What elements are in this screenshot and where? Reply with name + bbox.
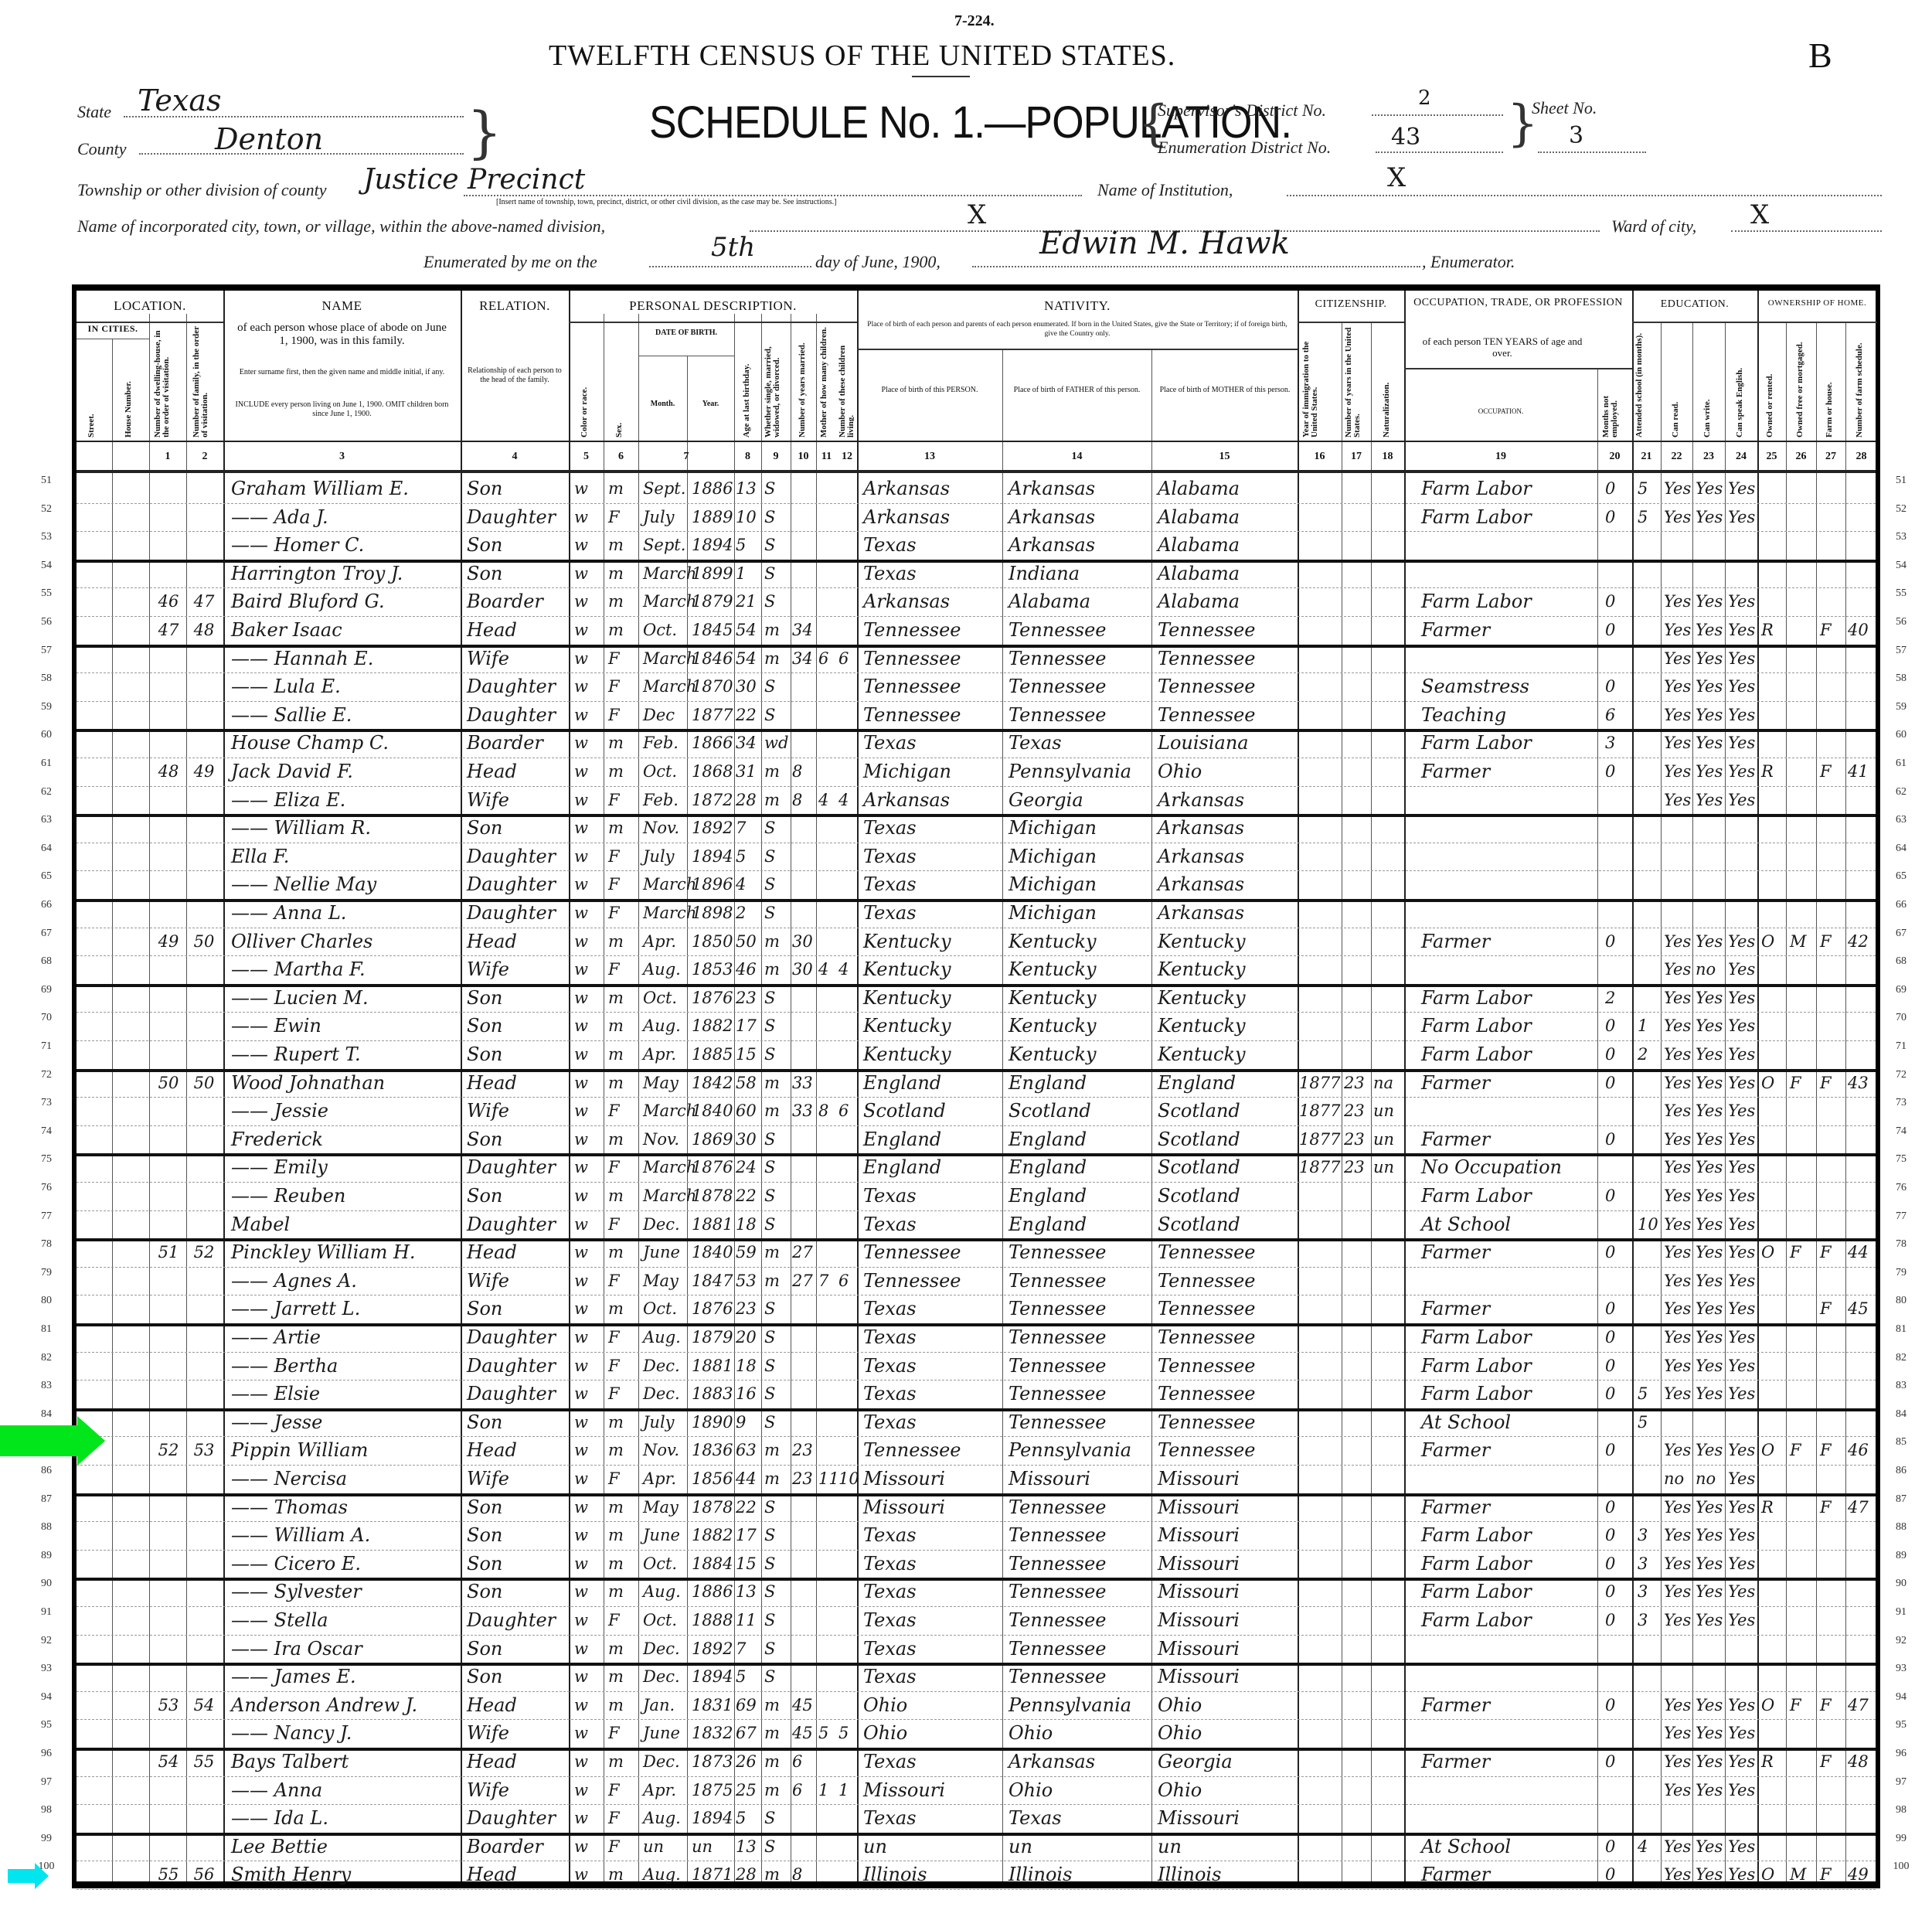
birthplace-person: Tennessee bbox=[863, 619, 961, 641]
enumerated-prefix: Enumerated by me on the bbox=[423, 252, 597, 272]
mother-of-children: 5 bbox=[818, 1722, 828, 1744]
enumeration-value: 43 bbox=[1391, 124, 1420, 151]
birth-year: 1882 bbox=[692, 1015, 733, 1037]
color-race: w bbox=[574, 1156, 588, 1178]
line-number: 86 bbox=[1886, 1465, 1917, 1477]
years-in-us: 23 bbox=[1344, 1156, 1365, 1178]
dwelling-number: 52 bbox=[157, 1439, 180, 1461]
city-label: Name of incorporated city, town, or vill… bbox=[77, 216, 605, 237]
ward-field-line bbox=[1731, 230, 1882, 232]
color-race: w bbox=[574, 1666, 588, 1687]
column-number: 11 bbox=[816, 451, 837, 463]
line-number: 97 bbox=[1886, 1776, 1917, 1789]
can-write: Yes bbox=[1696, 1015, 1723, 1037]
birth-year: 1890 bbox=[692, 1411, 733, 1433]
birth-month: Dec. bbox=[643, 1751, 680, 1772]
color-race: w bbox=[574, 1355, 588, 1377]
color-race: w bbox=[574, 506, 588, 528]
relation: Son bbox=[467, 1496, 502, 1518]
marital-status: S bbox=[764, 1383, 775, 1404]
birth-year: un bbox=[692, 1836, 713, 1857]
can-speak-english: Yes bbox=[1728, 1581, 1755, 1602]
person-name: Harrington Troy J. bbox=[231, 563, 403, 584]
supervisor-line bbox=[1372, 114, 1503, 116]
can-speak-english: Yes bbox=[1728, 1609, 1755, 1631]
birth-month: May bbox=[643, 1496, 679, 1518]
table-row: 4748Baker IsaacHeadwmOct.184554m34Tennes… bbox=[77, 616, 1876, 645]
can-read: Yes bbox=[1664, 1383, 1691, 1404]
can-read: Yes bbox=[1664, 958, 1691, 980]
birthplace-mother: Scotland bbox=[1158, 1156, 1240, 1178]
table-row: 4849Jack David F.HeadwmOct.186831m8Michi… bbox=[77, 758, 1876, 786]
color-race: w bbox=[574, 591, 588, 612]
immigration-year: 1877 bbox=[1299, 1156, 1340, 1178]
birthplace-person: Texas bbox=[863, 732, 917, 754]
relation: Son bbox=[467, 1298, 502, 1319]
line-number: 87 bbox=[1886, 1493, 1917, 1506]
months-unemployed: 0 bbox=[1605, 1524, 1615, 1546]
table-row: —— StellaDaughterwFOct.188811STexasTenne… bbox=[77, 1606, 1876, 1635]
relation: Daughter bbox=[467, 704, 556, 726]
person-name: —— William R. bbox=[231, 817, 371, 839]
can-write: Yes bbox=[1696, 1298, 1723, 1319]
farm-schedule-number: 47 bbox=[1848, 1694, 1869, 1716]
relation: Wife bbox=[467, 789, 509, 811]
farm-or-house: F bbox=[1820, 1072, 1832, 1094]
enumerator-label: , Enumerator. bbox=[1422, 252, 1515, 272]
can-write: Yes bbox=[1696, 1100, 1723, 1122]
table-row: —— AnnaWifewFApr.187525m611MissouriOhioO… bbox=[77, 1776, 1876, 1805]
birthplace-father: Scotland bbox=[1009, 1100, 1091, 1122]
can-write: Yes bbox=[1696, 761, 1723, 782]
can-read: Yes bbox=[1664, 1044, 1691, 1065]
birthplace-mother: Missouri bbox=[1158, 1609, 1240, 1631]
can-speak-english: Yes bbox=[1728, 1779, 1755, 1801]
can-speak-english: Yes bbox=[1728, 1439, 1755, 1461]
birth-month: Dec. bbox=[643, 1383, 680, 1404]
line-number: 82 bbox=[31, 1352, 62, 1364]
can-read: Yes bbox=[1664, 1185, 1691, 1207]
age: 63 bbox=[736, 1439, 757, 1461]
sex: F bbox=[608, 1383, 620, 1404]
birthplace-person: Kentucky bbox=[863, 1015, 951, 1037]
age: 15 bbox=[736, 1553, 757, 1575]
column-number: 20 bbox=[1597, 451, 1632, 463]
occupation: Farm Labor bbox=[1421, 1015, 1532, 1037]
personal-description-header: PERSONAL DESCRIPTION. bbox=[569, 298, 857, 314]
table-row: —— BerthaDaughterwFDec.188118STexasTenne… bbox=[77, 1352, 1876, 1381]
months-unemployed: 0 bbox=[1605, 1129, 1615, 1150]
family-number: 50 bbox=[192, 1072, 216, 1094]
person-name: Pippin William bbox=[231, 1439, 368, 1461]
line-number: 60 bbox=[1886, 729, 1917, 741]
birth-year: 1836 bbox=[692, 1439, 733, 1461]
marital-status: m bbox=[764, 761, 780, 782]
column-number: 3 bbox=[223, 451, 461, 463]
table-row: —— Rupert T.SonwmApr.188515SKentuckyKent… bbox=[77, 1040, 1876, 1069]
birthplace-person: England bbox=[863, 1156, 941, 1178]
can-speak-english: Yes bbox=[1728, 478, 1755, 499]
birthplace-father: Texas bbox=[1009, 1807, 1062, 1829]
relation: Daughter bbox=[467, 902, 556, 924]
birth-year: 1846 bbox=[692, 648, 733, 669]
name-header: NAME bbox=[223, 298, 461, 314]
color-race: w bbox=[574, 1581, 588, 1602]
marital-status: S bbox=[764, 1496, 775, 1518]
can-speak-english: Yes bbox=[1728, 1129, 1755, 1150]
marital-status: S bbox=[764, 534, 775, 556]
color-race: w bbox=[574, 1326, 588, 1348]
birthplace-father: Michigan bbox=[1009, 873, 1097, 895]
birthplace-mother: Scotland bbox=[1158, 1100, 1240, 1122]
sex: F bbox=[608, 1214, 620, 1235]
birth-month: March bbox=[643, 873, 696, 895]
age: 22 bbox=[736, 704, 757, 726]
sex: m bbox=[608, 1411, 624, 1433]
farm-schedule-number: 40 bbox=[1848, 619, 1869, 641]
relation: Head bbox=[467, 1241, 517, 1263]
occupation: Farm Labor bbox=[1421, 1524, 1532, 1546]
marital-status-header: Whether single, married, widowed, or div… bbox=[764, 322, 787, 437]
line-number: 66 bbox=[31, 899, 62, 911]
sex: m bbox=[608, 619, 624, 641]
occupation: Farm Labor bbox=[1421, 1326, 1532, 1348]
line-number: 70 bbox=[31, 1012, 62, 1024]
sex: m bbox=[608, 1553, 624, 1575]
line-number: 87 bbox=[31, 1493, 62, 1506]
birth-year: 1878 bbox=[692, 1496, 733, 1518]
can-write: Yes bbox=[1696, 1694, 1723, 1716]
years-married: 8 bbox=[792, 1864, 802, 1885]
population-schedule-table: LOCATION. IN CITIES. NAME of each person… bbox=[72, 284, 1880, 1888]
sex: m bbox=[608, 1496, 624, 1518]
can-write: Yes bbox=[1696, 1383, 1723, 1404]
column-number: 25 bbox=[1757, 451, 1786, 463]
birth-month: March bbox=[643, 563, 696, 584]
color-race: w bbox=[574, 1779, 588, 1801]
table-row: 5050Wood JohnathanHeadwmMay184258m33Engl… bbox=[77, 1069, 1876, 1098]
birthplace-father: Arkansas bbox=[1009, 478, 1095, 499]
line-number: 82 bbox=[1886, 1352, 1917, 1364]
years-married: 23 bbox=[792, 1439, 813, 1461]
column-number: 12 bbox=[837, 451, 857, 463]
person-name: —— Nancy J. bbox=[231, 1722, 352, 1744]
occupation: Farmer bbox=[1421, 1072, 1490, 1094]
birth-month: Feb. bbox=[643, 789, 679, 811]
sex: F bbox=[608, 704, 620, 726]
institution-field-line bbox=[1287, 195, 1882, 196]
can-speak-english: Yes bbox=[1728, 789, 1755, 811]
months-unemployed: 0 bbox=[1605, 1864, 1615, 1885]
table-row: —— James E.SonwmDec.18945STexasTennessee… bbox=[77, 1663, 1876, 1691]
can-speak-english: Yes bbox=[1728, 1694, 1755, 1716]
enumerator-line bbox=[972, 266, 1420, 267]
month-header: Month. bbox=[638, 399, 687, 409]
relation: Son bbox=[467, 1638, 502, 1660]
birthplace-father: un bbox=[1009, 1836, 1032, 1857]
dwelling-number: 49 bbox=[157, 931, 180, 952]
birthplace-mother: Missouri bbox=[1158, 1524, 1240, 1546]
can-read: Yes bbox=[1664, 931, 1691, 952]
color-race: w bbox=[574, 1411, 588, 1433]
line-number: 72 bbox=[31, 1069, 62, 1081]
line-number: 76 bbox=[31, 1182, 62, 1194]
line-number: 72 bbox=[1886, 1069, 1917, 1081]
months-unemployed: 0 bbox=[1605, 761, 1615, 782]
sex: m bbox=[608, 761, 624, 782]
age: 21 bbox=[736, 591, 757, 612]
person-name: —— Nellie May bbox=[231, 873, 376, 895]
school-months: 5 bbox=[1638, 478, 1648, 499]
marital-status: m bbox=[764, 1270, 780, 1292]
line-number: 52 bbox=[31, 503, 62, 516]
table-row: Harrington Troy J.SonwmMarch18991STexasI… bbox=[77, 560, 1876, 588]
column-number: 23 bbox=[1692, 451, 1725, 463]
farm-schedule-header: Number of farm schedule. bbox=[1855, 325, 1864, 437]
can-speak-english: Yes bbox=[1728, 1553, 1755, 1575]
line-number: 75 bbox=[1886, 1153, 1917, 1166]
marital-status: S bbox=[764, 1298, 775, 1319]
person-name: —— Stella bbox=[231, 1609, 328, 1631]
sex: F bbox=[608, 958, 620, 980]
birthplace-person: Tennessee bbox=[863, 1241, 961, 1263]
occupation: Farmer bbox=[1421, 761, 1490, 782]
birth-month: Nov. bbox=[643, 817, 679, 839]
sex: m bbox=[608, 1241, 624, 1263]
occupation: No Occupation bbox=[1421, 1156, 1562, 1178]
line-number: 61 bbox=[31, 758, 62, 770]
age: 53 bbox=[736, 1270, 757, 1292]
school-months: 3 bbox=[1638, 1524, 1648, 1546]
marital-status: S bbox=[764, 1638, 775, 1660]
sex: F bbox=[608, 1355, 620, 1377]
table-row: 5556Smith HenryHeadwmAug.187128m8Illinoi… bbox=[77, 1861, 1876, 1889]
line-number: 62 bbox=[31, 786, 62, 798]
line-number: 96 bbox=[31, 1748, 62, 1760]
birthplace-person: Texas bbox=[863, 1751, 917, 1772]
color-race: w bbox=[574, 1270, 588, 1292]
months-unemployed: 0 bbox=[1605, 1072, 1615, 1094]
birthplace-father: Michigan bbox=[1009, 902, 1097, 924]
table-row: —— Nellie MayDaughterwFMarch18964STexasM… bbox=[77, 870, 1876, 899]
months-unemployed: 0 bbox=[1605, 1241, 1615, 1263]
line-number: 99 bbox=[1886, 1833, 1917, 1845]
birthplace-person: Texas bbox=[863, 1298, 917, 1319]
column-number: 13 bbox=[857, 451, 1002, 463]
mother-of-children: 1 bbox=[818, 1779, 828, 1801]
immigration-year: 1877 bbox=[1299, 1072, 1340, 1094]
occupation: Farm Labor bbox=[1421, 987, 1532, 1009]
marital-status: m bbox=[764, 1779, 780, 1801]
farm-or-house: F bbox=[1820, 1496, 1832, 1518]
line-number: 90 bbox=[31, 1578, 62, 1590]
person-name: —— Ada J. bbox=[231, 506, 328, 528]
color-race: w bbox=[574, 1468, 588, 1490]
column-number: 26 bbox=[1786, 451, 1816, 463]
marital-status: m bbox=[764, 619, 780, 641]
occupation: At School bbox=[1421, 1411, 1511, 1433]
can-read: Yes bbox=[1664, 1581, 1691, 1602]
birth-month: Dec. bbox=[643, 1355, 680, 1377]
state-label: State bbox=[77, 102, 111, 122]
can-write: Yes bbox=[1696, 1836, 1723, 1857]
table-row: —— William R.SonwmNov.18927STexasMichiga… bbox=[77, 814, 1876, 843]
line-number: 69 bbox=[31, 984, 62, 996]
family-number: 56 bbox=[192, 1864, 216, 1885]
dwelling-number: 50 bbox=[157, 1072, 180, 1094]
line-number: 85 bbox=[1886, 1436, 1917, 1449]
birth-year: 1879 bbox=[692, 591, 733, 612]
marital-status: S bbox=[764, 1129, 775, 1150]
marital-status: S bbox=[764, 591, 775, 612]
color-race: w bbox=[574, 563, 588, 584]
birth-month: Sept. bbox=[643, 534, 685, 556]
relation: Boarder bbox=[467, 591, 543, 612]
birthplace-father: Tennessee bbox=[1009, 619, 1107, 641]
birth-year: 1868 bbox=[692, 761, 733, 782]
age: 59 bbox=[736, 1241, 757, 1263]
sex: m bbox=[608, 1015, 624, 1037]
months-unemployed: 0 bbox=[1605, 1355, 1615, 1377]
school-months: 3 bbox=[1638, 1581, 1648, 1602]
birth-year: 1881 bbox=[692, 1214, 733, 1235]
age: 7 bbox=[736, 1638, 746, 1660]
relation: Daughter bbox=[467, 873, 556, 895]
sex: F bbox=[608, 1722, 620, 1744]
birthplace-father: Tennessee bbox=[1009, 1496, 1107, 1518]
can-read: Yes bbox=[1664, 1100, 1691, 1122]
marital-status: m bbox=[764, 958, 780, 980]
column-number: 15 bbox=[1151, 451, 1298, 463]
pob-father-header: Place of birth of FATHER of this person. bbox=[1006, 385, 1148, 395]
marital-status: S bbox=[764, 902, 775, 924]
can-speak-english: Yes bbox=[1728, 1298, 1755, 1319]
school-months: 10 bbox=[1638, 1214, 1658, 1235]
location-header: LOCATION. bbox=[77, 298, 223, 314]
line-number: 74 bbox=[31, 1125, 62, 1138]
sex: F bbox=[608, 1836, 620, 1857]
can-write: Yes bbox=[1696, 1326, 1723, 1348]
birthplace-father: Illinois bbox=[1009, 1864, 1072, 1885]
enumeration-line bbox=[1376, 152, 1503, 153]
sex: m bbox=[608, 563, 624, 584]
person-name: Graham William E. bbox=[231, 478, 409, 499]
person-name: —— Jarrett L. bbox=[231, 1298, 360, 1319]
age: 5 bbox=[736, 534, 746, 556]
years-married-header: Number of years married. bbox=[798, 322, 807, 437]
age: 54 bbox=[736, 648, 757, 669]
can-write: Yes bbox=[1696, 1553, 1723, 1575]
occupation: Farm Labor bbox=[1421, 1044, 1532, 1065]
person-name: —— Lula E. bbox=[231, 676, 341, 697]
table-row: —— SylvesterSonwmAug.188613STexasTenness… bbox=[77, 1578, 1876, 1606]
owned-rented: O bbox=[1761, 1694, 1774, 1716]
sheet-letter: B bbox=[1808, 35, 1832, 76]
birth-month: Aug. bbox=[643, 1864, 681, 1885]
birthplace-father: Arkansas bbox=[1009, 534, 1095, 556]
birthplace-mother: Missouri bbox=[1158, 1553, 1240, 1575]
birthplace-mother: Tennessee bbox=[1158, 1355, 1256, 1377]
marital-status: S bbox=[764, 1411, 775, 1433]
line-number: 51 bbox=[31, 475, 62, 487]
sex: m bbox=[608, 1581, 624, 1602]
birthplace-mother: Tennessee bbox=[1158, 704, 1256, 726]
months-unemployed: 0 bbox=[1605, 676, 1615, 697]
line-number: 81 bbox=[31, 1323, 62, 1336]
birthplace-father: Indiana bbox=[1009, 563, 1080, 584]
birthplace-person: Tennessee bbox=[863, 1270, 961, 1292]
family-number: 49 bbox=[192, 761, 216, 782]
can-speak-english: Yes bbox=[1728, 1072, 1755, 1094]
farm-house-header: Farm or house. bbox=[1825, 352, 1834, 437]
birthplace-person: Texas bbox=[863, 1383, 917, 1404]
marital-status: S bbox=[764, 1185, 775, 1207]
can-read: Yes bbox=[1664, 732, 1691, 754]
birthplace-mother: Tennessee bbox=[1158, 619, 1256, 641]
owned-rented: R bbox=[1761, 1496, 1774, 1518]
marital-status: S bbox=[764, 1609, 775, 1631]
relation: Son bbox=[467, 478, 502, 499]
sex: F bbox=[608, 1326, 620, 1348]
birthplace-father: Tennessee bbox=[1009, 1638, 1107, 1660]
birthplace-person: Ohio bbox=[863, 1694, 907, 1716]
occupation: Farm Labor bbox=[1421, 1581, 1532, 1602]
occupation: Farmer bbox=[1421, 1129, 1490, 1150]
color-race: w bbox=[574, 873, 588, 895]
years-in-us: 23 bbox=[1344, 1129, 1365, 1150]
header-brace: } bbox=[467, 104, 502, 160]
owned-free-mortgaged: F bbox=[1790, 1694, 1801, 1716]
color-race: w bbox=[574, 1015, 588, 1037]
birth-year: 1876 bbox=[692, 987, 733, 1009]
color-race: w bbox=[574, 704, 588, 726]
birthplace-father: Tennessee bbox=[1009, 1241, 1107, 1263]
occupation: Farmer bbox=[1421, 1298, 1490, 1319]
naturalization-header: Naturalization. bbox=[1383, 352, 1391, 437]
birth-year: 1853 bbox=[692, 958, 733, 980]
marital-status: m bbox=[764, 1694, 780, 1716]
can-read: Yes bbox=[1664, 648, 1691, 669]
line-number: 73 bbox=[1886, 1097, 1917, 1109]
age: 54 bbox=[736, 619, 757, 641]
birthplace-father: Ohio bbox=[1009, 1779, 1053, 1801]
table-row: Graham William E.SonwmSept.188613SArkans… bbox=[77, 475, 1876, 503]
owned-free-mortgaged: M bbox=[1790, 931, 1807, 952]
birth-month: March bbox=[643, 648, 696, 669]
farm-or-house: F bbox=[1820, 1751, 1832, 1772]
can-speak-english: Yes bbox=[1728, 648, 1755, 669]
sex: F bbox=[608, 1100, 620, 1122]
years-in-us: 23 bbox=[1344, 1072, 1365, 1094]
marital-status: S bbox=[764, 1666, 775, 1687]
line-number: 52 bbox=[1886, 503, 1917, 516]
occupation: Farmer bbox=[1421, 619, 1490, 641]
person-name: —— James E. bbox=[231, 1666, 356, 1687]
birthplace-mother: Louisiana bbox=[1158, 732, 1249, 754]
months-unemployed: 0 bbox=[1605, 1581, 1615, 1602]
marital-status: m bbox=[764, 1864, 780, 1885]
owned-free-mortgaged: F bbox=[1790, 1072, 1801, 1094]
birthplace-father: Tennessee bbox=[1009, 1666, 1107, 1687]
table-row: —— NercisaWifewFApr.185644m231110Missour… bbox=[77, 1465, 1876, 1493]
nativity-header: NATIVITY. bbox=[857, 298, 1298, 314]
birthplace-mother: Illinois bbox=[1158, 1864, 1221, 1885]
can-speak-english: Yes bbox=[1728, 619, 1755, 641]
birthplace-father: England bbox=[1009, 1214, 1087, 1235]
can-read: Yes bbox=[1664, 1864, 1691, 1885]
dwelling-number: 51 bbox=[157, 1241, 180, 1263]
birthplace-mother: Ohio bbox=[1158, 1694, 1202, 1716]
